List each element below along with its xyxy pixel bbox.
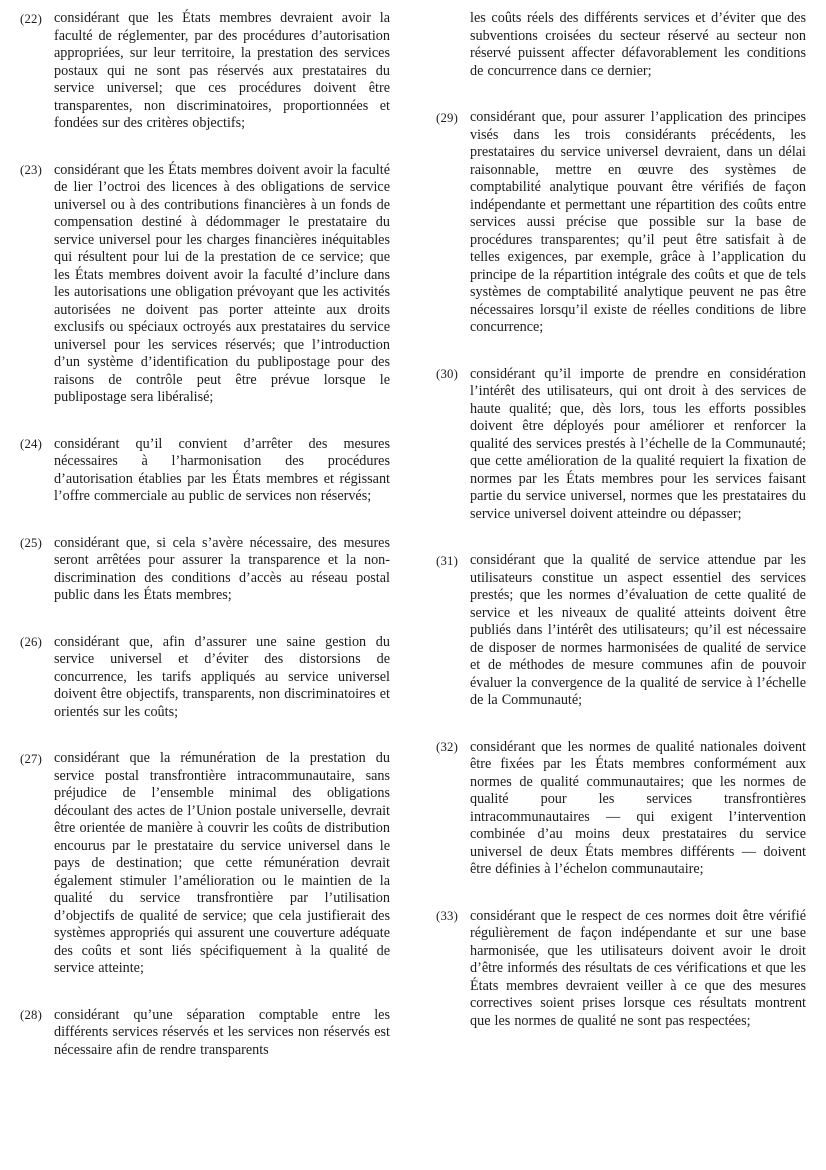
recital-number: (29) [436, 109, 470, 337]
recital-text: considérant que la qualité de service at… [470, 552, 806, 710]
recital-number: (32) [436, 739, 470, 879]
recital-number: (24) [20, 436, 54, 506]
recital-26: (26) considérant que, afin d’assurer une… [20, 634, 390, 722]
recital-31: (31) considérant que la qualité de servi… [436, 552, 806, 710]
recital-30: (30) considérant qu’il importe de prendr… [436, 366, 806, 524]
two-column-layout: (22) considérant que les États membres d… [20, 10, 806, 1059]
recital-number: (26) [20, 634, 54, 722]
recital-number: (33) [436, 908, 470, 1031]
recital-text: considérant que les États membres doiven… [54, 162, 390, 407]
recital-text: considérant qu’il importe de prendre en … [470, 366, 806, 524]
recital-number: (31) [436, 552, 470, 710]
recital-25: (25) considérant que, si cela s’avère né… [20, 535, 390, 605]
recital-29: (29) considérant que, pour assurer l’app… [436, 109, 806, 337]
recital-text: considérant qu’une séparation comptable … [54, 1007, 390, 1060]
recital-27: (27) considérant que la rémunération de … [20, 750, 390, 978]
recital-number-empty [436, 10, 470, 80]
document-page: (22) considérant que les États membres d… [0, 0, 826, 1170]
recital-number: (23) [20, 162, 54, 407]
recital-22: (22) considérant que les États membres d… [20, 10, 390, 133]
recital-text: considérant que, pour assurer l’applicat… [470, 109, 806, 337]
recital-32: (32) considérant que les normes de quali… [436, 739, 806, 879]
recital-number: (30) [436, 366, 470, 524]
recital-text: considérant que les normes de qualité na… [470, 739, 806, 879]
recital-text: considérant qu’il convient d’arrêter des… [54, 436, 390, 506]
recital-33: (33) considérant que le respect de ces n… [436, 908, 806, 1031]
recital-28: (28) considérant qu’une séparation compt… [20, 1007, 390, 1060]
recital-number: (22) [20, 10, 54, 133]
left-column: (22) considérant que les États membres d… [20, 10, 390, 1059]
recital-28-continuation: les coûts réels des différents services … [436, 10, 806, 80]
recital-number: (27) [20, 750, 54, 978]
recital-text: considérant que, afin d’assurer une sain… [54, 634, 390, 722]
right-column: les coûts réels des différents services … [436, 10, 806, 1059]
recital-text: considérant que le respect de ces normes… [470, 908, 806, 1031]
recital-text: considérant que, si cela s’avère nécessa… [54, 535, 390, 605]
recital-24: (24) considérant qu’il convient d’arrête… [20, 436, 390, 506]
recital-text: considérant que les États membres devrai… [54, 10, 390, 133]
recital-text: les coûts réels des différents services … [470, 10, 806, 80]
recital-number: (28) [20, 1007, 54, 1060]
recital-23: (23) considérant que les États membres d… [20, 162, 390, 407]
recital-text: considérant que la rémunération de la pr… [54, 750, 390, 978]
recital-number: (25) [20, 535, 54, 605]
